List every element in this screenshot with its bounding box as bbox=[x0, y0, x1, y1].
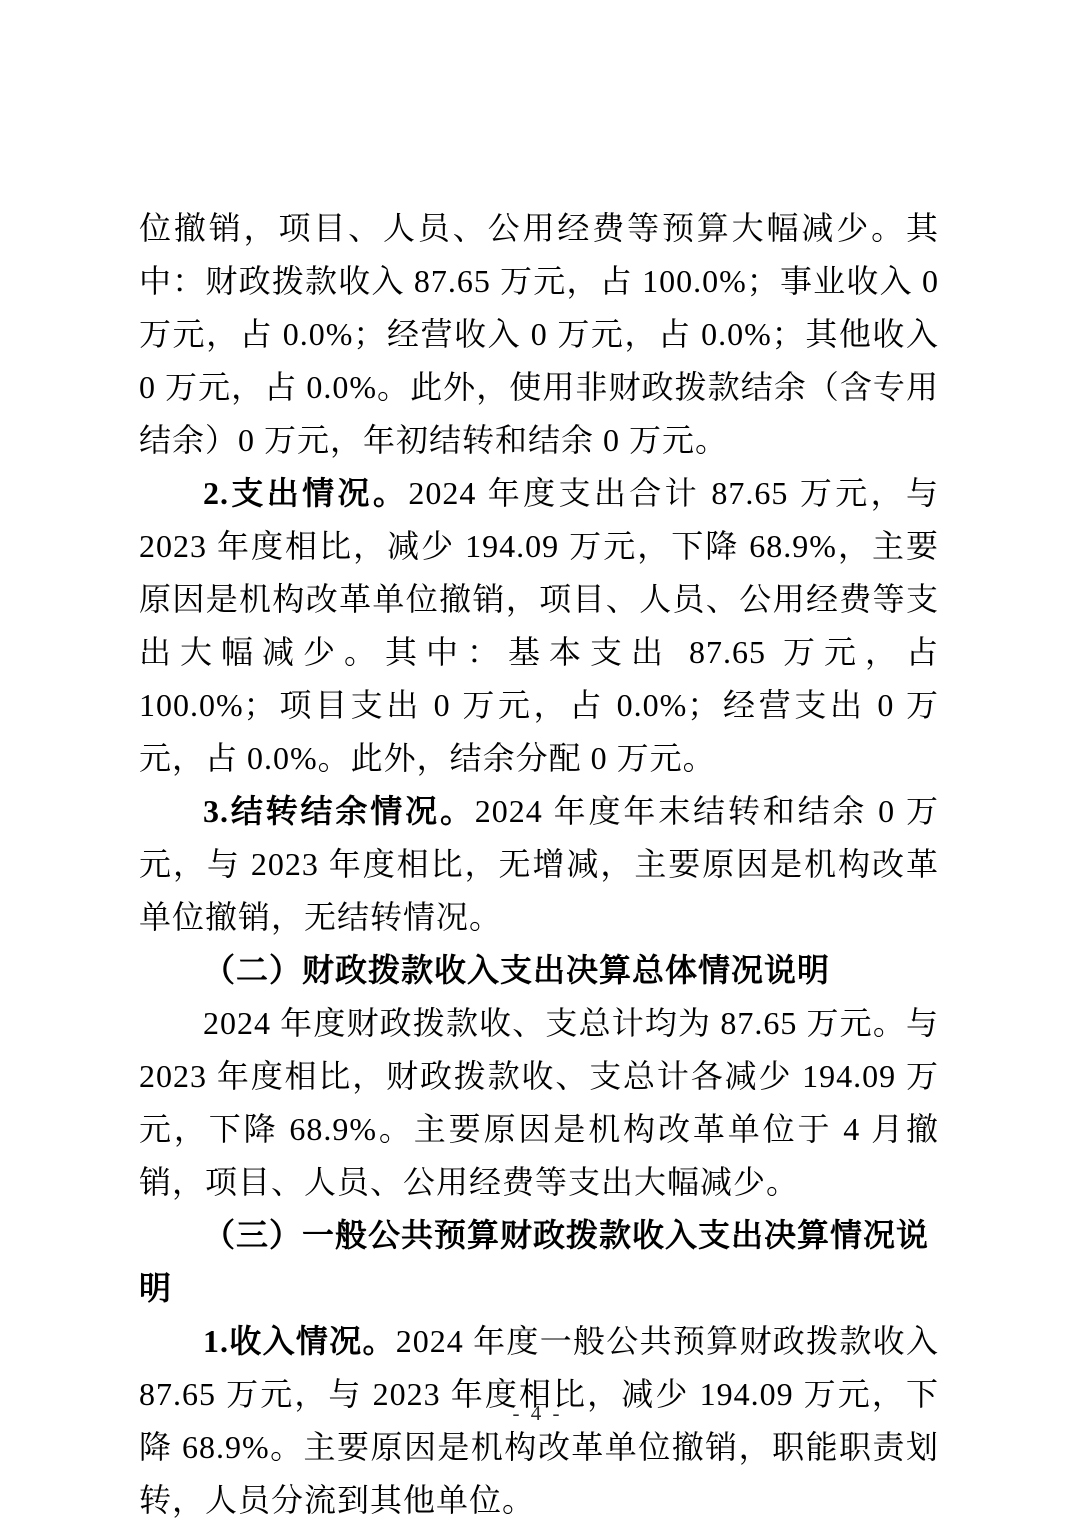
heading-section-2-fiscal-appropriation-overview: （二）财政拨款收入支出决算总体情况说明 bbox=[139, 944, 939, 997]
paragraph-fiscal-total: 2024 年度财政拨款收、支总计均为 87.65 万元。与 2023 年度相比，… bbox=[139, 997, 939, 1209]
paragraph-expenditure-body: 2024 年度支出合计 87.65 万元，与 2023 年度相比，减少 194.… bbox=[139, 475, 939, 776]
document-body: 位撤销，项目、人员、公用经费等预算大幅减少。其中：财政拨款收入 87.65 万元… bbox=[139, 202, 939, 1520]
paragraph-income-overview-continuation: 位撤销，项目、人员、公用经费等预算大幅减少。其中：财政拨款收入 87.65 万元… bbox=[139, 202, 939, 467]
paragraph-carryover-lead: 3.结转结余情况。 bbox=[203, 793, 475, 829]
paragraph-carryover-situation: 3.结转结余情况。2024 年度年末结转和结余 0 万元，与 2023 年度相比… bbox=[139, 785, 939, 944]
paragraph-expenditure-situation: 2.支出情况。2024 年度支出合计 87.65 万元，与 2023 年度相比，… bbox=[139, 467, 939, 785]
paragraph-expenditure-lead: 2.支出情况。 bbox=[203, 475, 408, 511]
page-number: - 4 - bbox=[0, 1400, 1075, 1426]
heading-section-3-general-public-budget: （三）一般公共预算财政拨款收入支出决算情况说明 bbox=[139, 1209, 939, 1315]
paragraph-income-lead: 1.收入情况。 bbox=[203, 1323, 396, 1359]
document-page: 位撤销，项目、人员、公用经费等预算大幅减少。其中：财政拨款收入 87.65 万元… bbox=[0, 0, 1075, 1520]
